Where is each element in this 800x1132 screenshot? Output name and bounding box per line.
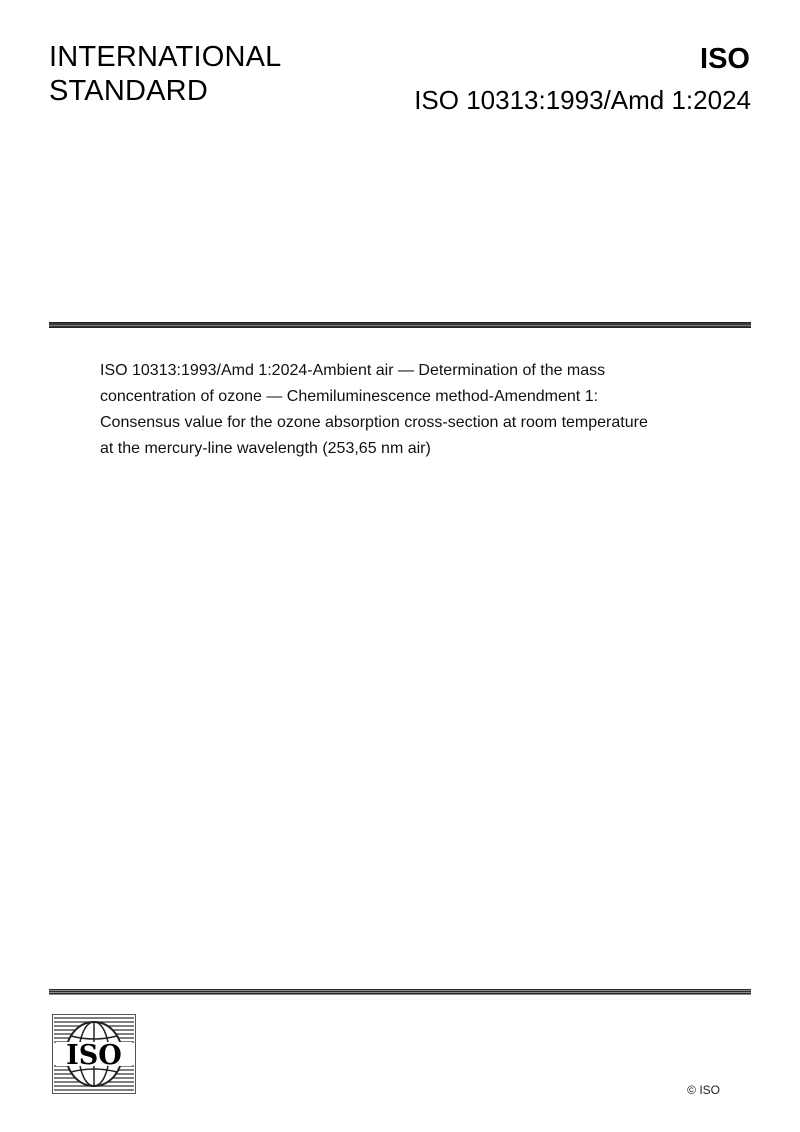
title-line-4: at the mercury-line wavelength (253,65 n…	[100, 436, 720, 462]
organization-name: ISO	[700, 41, 750, 77]
document-type: INTERNATIONAL STANDARD	[49, 40, 281, 108]
iso-logo-icon: ISO	[52, 1014, 136, 1094]
bottom-divider	[49, 989, 751, 995]
copyright-notice: © ISO	[687, 1083, 720, 1097]
document-number: ISO 10313:1993/Amd 1:2024	[414, 83, 751, 117]
document-type-line-1: INTERNATIONAL	[49, 40, 281, 74]
svg-text:ISO: ISO	[66, 1040, 122, 1071]
document-title: ISO 10313:1993/Amd 1:2024-Ambient air — …	[100, 358, 720, 462]
document-type-line-2: STANDARD	[49, 74, 281, 108]
top-divider	[49, 322, 751, 328]
title-line-2: concentration of ozone — Chemiluminescen…	[100, 384, 720, 410]
title-line-1: ISO 10313:1993/Amd 1:2024-Ambient air — …	[100, 358, 720, 384]
title-line-3: Consensus value for the ozone absorption…	[100, 410, 720, 436]
